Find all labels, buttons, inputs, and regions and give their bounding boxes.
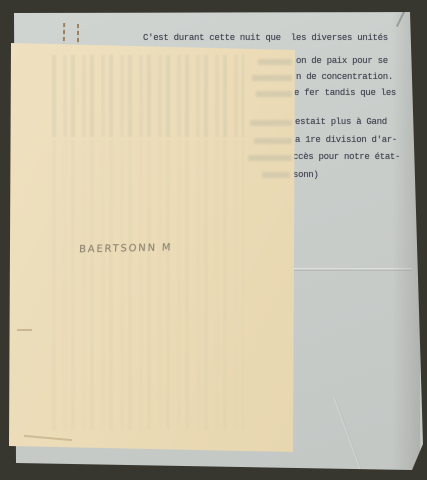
ink-ghost-smudge	[248, 155, 292, 161]
paper-crease	[24, 435, 72, 441]
rust-staple-mark	[77, 24, 79, 45]
typed-line: sonn)	[293, 171, 319, 180]
fold-crease	[293, 268, 412, 271]
typed-line: C'est durant cette nuit que les diverses…	[143, 34, 388, 43]
paper-crease	[17, 329, 32, 331]
ink-ghost-smudge	[252, 75, 292, 81]
typed-line: a 1re division d'ar-	[295, 136, 397, 145]
ink-ghost-smudge	[254, 138, 292, 144]
ink-ghost-smudge	[250, 120, 292, 126]
ink-bleed-streaks	[48, 140, 244, 430]
fold-crease	[396, 1, 410, 27]
ink-ghost-smudge	[258, 59, 292, 65]
scan-background: C'est durant cette nuit que les diverses…	[0, 0, 427, 480]
typed-line: estait plus à Gand	[295, 118, 387, 127]
rust-staple-mark	[63, 23, 65, 44]
paper-edge-shading	[392, 0, 420, 480]
fold-crease	[334, 397, 365, 478]
typed-line: ccès pour notre état-	[293, 153, 400, 162]
ink-ghost-smudge	[256, 91, 292, 97]
typed-line: on de paix pour se	[296, 57, 388, 66]
ink-ghost-smudge	[262, 172, 290, 178]
typed-line: e fer tandis que les	[294, 89, 396, 98]
typed-line: n de concentration.	[296, 73, 393, 82]
ink-bleed-streaks	[48, 55, 244, 137]
